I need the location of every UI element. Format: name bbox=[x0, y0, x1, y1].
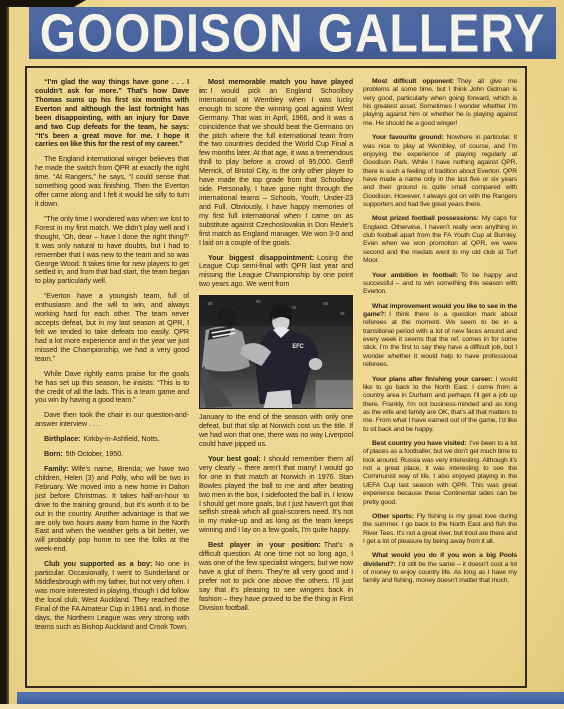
paragraph-lead: Family: bbox=[44, 464, 68, 473]
paragraph-text: No one in particular. Occasionally, I we… bbox=[35, 559, 189, 630]
paragraph-lead: Born: bbox=[44, 449, 63, 458]
article-paragraph: Family:Wife’s name, Brenda; we have two … bbox=[35, 465, 189, 554]
paragraph-text: Wife’s name, Brenda; we have two childre… bbox=[35, 464, 189, 553]
article-paragraph: Born:5th October, 1950. bbox=[35, 450, 189, 459]
scan-edge-left bbox=[0, 0, 9, 709]
article-paragraph: Your best goal:I should remember them al… bbox=[199, 455, 353, 535]
paragraph-lead: Best country you have visited: bbox=[372, 440, 466, 447]
paragraph-text: “Everton have a youngish team, full of e… bbox=[35, 291, 189, 362]
paragraph-lead: Birthplace: bbox=[44, 434, 80, 443]
paragraph-text: I think there is a question mark about r… bbox=[363, 311, 517, 368]
scan-edge-bottom bbox=[0, 704, 564, 709]
match-photo: EFC bbox=[199, 295, 353, 409]
masthead-banner: GOODISON GALLERY bbox=[29, 7, 556, 59]
paragraph-lead: Club you supported as a boy: bbox=[44, 559, 152, 568]
article-paragraph: Your favourite ground:Nowhere in particu… bbox=[363, 134, 517, 209]
paragraph-text: I should remember them all very clearly … bbox=[199, 454, 353, 534]
article-paragraph: While Dave rightly earns praise for the … bbox=[35, 370, 189, 406]
paragraph-text: Nowhere in particular. It was nice to pl… bbox=[363, 134, 517, 208]
paragraph-lead: Your ambition in football: bbox=[372, 272, 458, 279]
article-paragraph: “Everton have a youngish team, full of e… bbox=[35, 292, 189, 363]
article-paragraph: Other sports:Fly fishing is my great lov… bbox=[363, 513, 517, 546]
article-paragraph: Your ambition in football:To be happy an… bbox=[363, 272, 517, 297]
article-paragraph: Your biggest disappointment:Losing the L… bbox=[199, 254, 353, 290]
paragraph-text: That’s a difficult question. At one time… bbox=[199, 540, 353, 611]
article-paragraph: Most memorable match you have played in:… bbox=[199, 78, 353, 248]
paragraph-text: I would pick an England Schoolboy intern… bbox=[199, 86, 353, 247]
scan-edge-top bbox=[0, 0, 86, 7]
paragraph-lead: Your best goal: bbox=[208, 454, 261, 463]
paragraph-text: My caps for England. Otherwise, I haven’… bbox=[363, 215, 517, 264]
article-paragraph: What would you do if you won a big Pools… bbox=[363, 552, 517, 585]
article-paragraph: “The only time I wondered was when we lo… bbox=[35, 215, 189, 286]
paragraph-text: Kirkby-in-Ashfield, Notts. bbox=[83, 434, 159, 443]
paragraph-lead: Other sports: bbox=[372, 513, 414, 520]
article-paragraph: Your plans after finishing your career:I… bbox=[363, 376, 517, 435]
paragraph-text: They all give me problems at some time, … bbox=[363, 78, 517, 127]
paragraph-text: While Dave rightly earns praise for the … bbox=[35, 369, 189, 405]
article-column-right: Most difficult opponent:They all give me… bbox=[363, 78, 517, 678]
article-paragraph: What improvement would you like to see i… bbox=[363, 303, 517, 370]
paragraph-text: I would like to go back to the North Eas… bbox=[363, 376, 517, 433]
paragraph-text: The England international winger believe… bbox=[35, 154, 189, 208]
page-title: GOODISON GALLERY bbox=[40, 7, 545, 59]
article-column-left: “I’m glad the way things have gone . . .… bbox=[35, 78, 189, 678]
article-paragraph: Birthplace:Kirkby-in-Ashfield, Notts. bbox=[35, 435, 189, 444]
paragraph-lead: Best player in your position: bbox=[208, 540, 321, 549]
paragraph-text: I’ve been to a lot of places as a footba… bbox=[363, 440, 517, 506]
article-paragraph: “I’m glad the way things have gone . . .… bbox=[35, 78, 189, 149]
paragraph-text: 5th October, 1950. bbox=[66, 449, 123, 458]
paragraph-lead: Your favourite ground: bbox=[372, 134, 444, 141]
article-paragraph: Best player in your position:That’s a di… bbox=[199, 541, 353, 612]
magazine-page-scan: GOODISON GALLERY “I’m glad the way thing… bbox=[0, 0, 564, 709]
article-paragraph: The England international winger believe… bbox=[35, 155, 189, 209]
paragraph-text: Dave then took the chair in our question… bbox=[35, 410, 189, 428]
article-paragraph: Dave then took the chair in our question… bbox=[35, 411, 189, 429]
footer-rule-bar bbox=[17, 692, 564, 704]
paragraph-lead: Your plans after finishing your career: bbox=[372, 376, 493, 383]
article-paragraph: Club you supported as a boy:No one in pa… bbox=[35, 560, 189, 631]
article-frame: “I’m glad the way things have gone . . .… bbox=[25, 66, 527, 688]
paragraph-lead: Your biggest disappointment: bbox=[208, 253, 314, 262]
paragraph-lead: Most difficult opponent: bbox=[372, 78, 454, 85]
paragraph-text: January to the end of the season with on… bbox=[199, 412, 353, 448]
paragraph-text: “I’m glad the way things have gone . . .… bbox=[35, 78, 189, 148]
article-paragraph: Best country you have visited:I’ve been … bbox=[363, 440, 517, 507]
article-column-middle: Most memorable match you have played in:… bbox=[199, 78, 353, 678]
article-paragraph: January to the end of the season with on… bbox=[199, 413, 353, 449]
article-paragraph: Most prized football possessions:My caps… bbox=[363, 215, 517, 265]
paragraph-lead: Most prized football possessions: bbox=[372, 215, 479, 222]
article-paragraph: Most difficult opponent:They all give me… bbox=[363, 78, 517, 128]
efc-badge-text: EFC bbox=[292, 344, 304, 350]
paragraph-text: “The only time I wondered was when we lo… bbox=[35, 214, 189, 285]
